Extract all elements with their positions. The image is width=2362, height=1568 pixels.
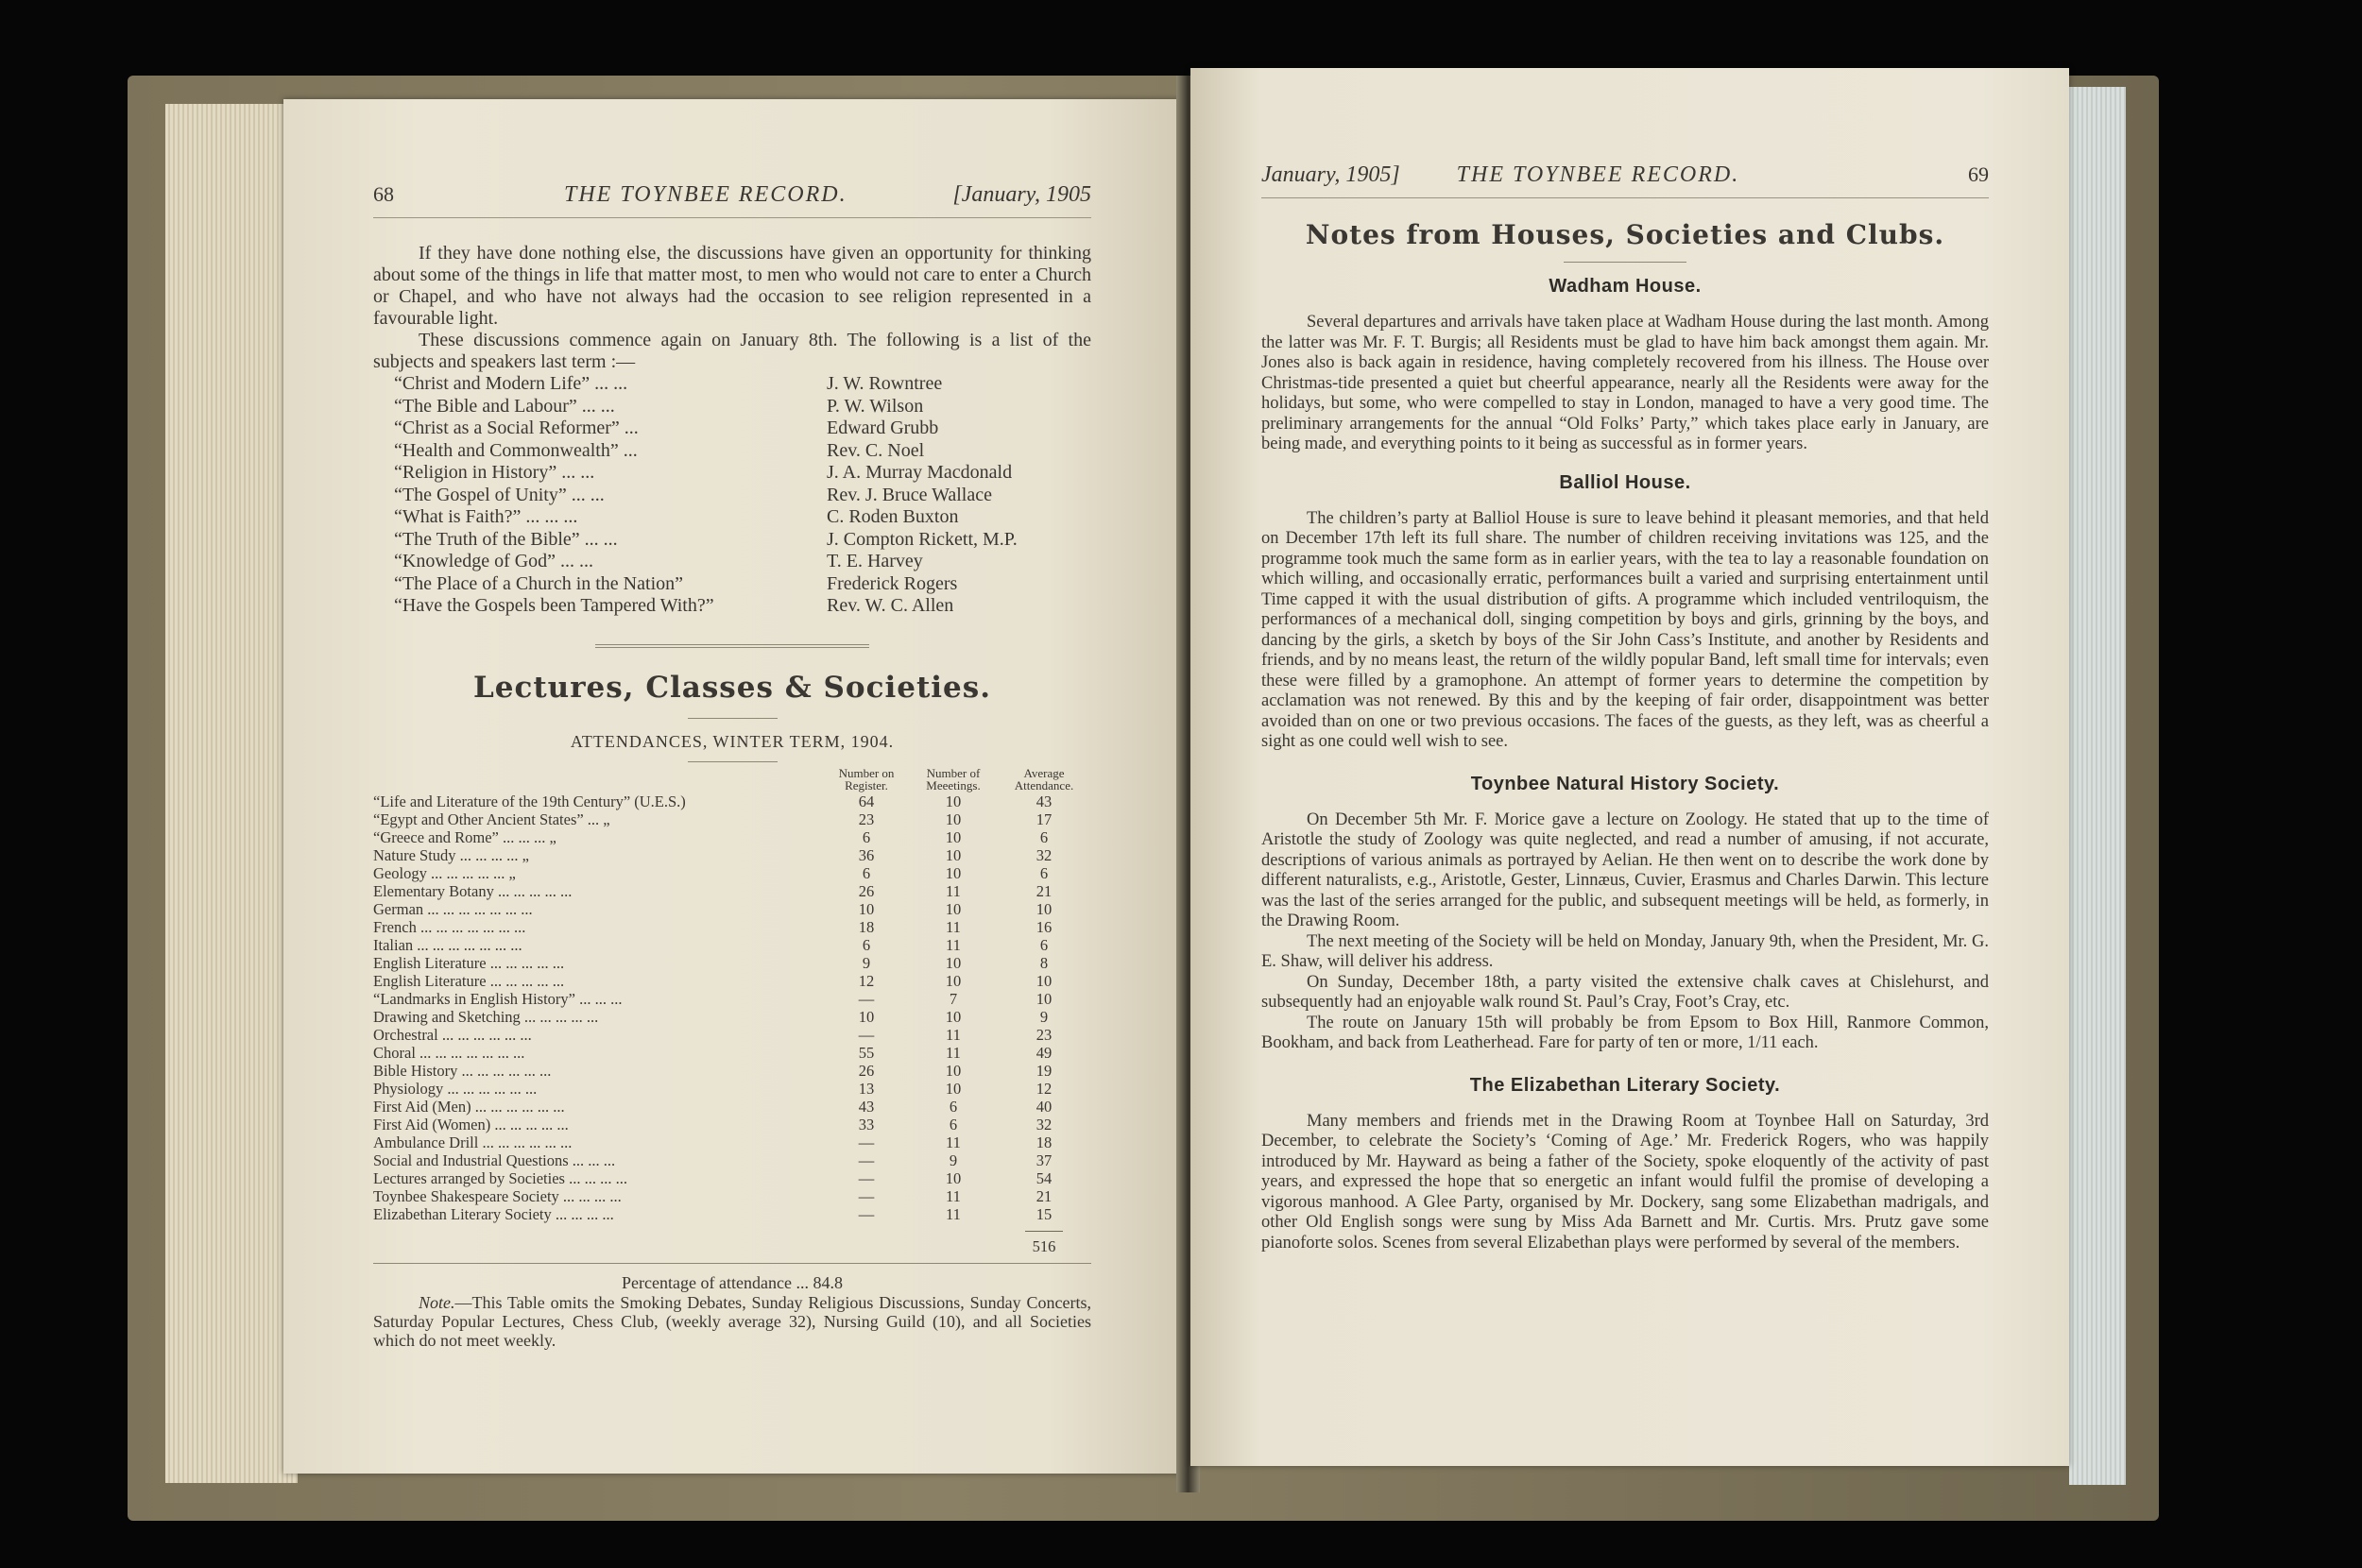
running-date: January, 1905] [1261,162,1400,188]
running-header: January, 1905] THE TOYNBEE RECORD. 69 [1261,162,1989,198]
paragraph: The route on January 15th will probably … [1261,1014,1989,1054]
right-page-content: January, 1905] THE TOYNBEE RECORD. 69 No… [1261,162,1989,1253]
intro-text: If they have done nothing else, the disc… [373,243,1091,373]
table-row: Ambulance Drill ... ... ... ... ... ...—… [373,1133,1091,1151]
section-heading: The Elizabethan Literary Society. [1261,1075,1989,1097]
table-row: English Literature ... ... ... ... ...12… [373,972,1091,990]
table-row: Drawing and Sketching ... ... ... ... ..… [373,1008,1091,1026]
paragraph: These discussions commence again on Janu… [373,330,1091,373]
paragraph: The next meeting of the Society will be … [1261,932,1989,973]
table-row: First Aid (Women) ... ... ... ... ...336… [373,1116,1091,1133]
table-row: Social and Industrial Questions ... ... … [373,1151,1091,1169]
table-row: Lectures arranged by Societies ... ... .… [373,1169,1091,1187]
section-elizabethan-literary-society: The Elizabethan Literary Society. Many m… [1261,1075,1989,1254]
paragraph: Many members and friends met in the Draw… [1261,1112,1989,1254]
paragraph: The children’s party at Balliol House is… [1261,509,1989,753]
column-header-meetings: Number ofMeeetings. [910,766,997,793]
paragraph: On December 5th Mr. F. Morice gave a lec… [1261,810,1989,932]
table-row: Elizabethan Literary Society ... ... ...… [373,1205,1091,1223]
list-item: “The Truth of the Bible” ... ...J. Compt… [373,529,1091,552]
table-row: French ... ... ... ... ... ... ...181116 [373,918,1091,936]
paragraph: Several departures and arrivals have tak… [1261,313,1989,455]
table-row: First Aid (Men) ... ... ... ... ... ...4… [373,1098,1091,1116]
running-header: 68 THE TOYNBEE RECORD. [January, 1905 [373,182,1091,218]
table-row: Geology ... ... ... ... ... „6106 [373,864,1091,882]
section-heading: Wadham House. [1261,276,1989,298]
table-row: Bible History ... ... ... ... ... ...261… [373,1062,1091,1080]
table-note: Note.—This Table omits the Smoking Debat… [373,1293,1091,1350]
column-header-attendance: AverageAttendance. [997,766,1091,793]
page-number: 69 [1968,162,1989,187]
table-row: Toynbee Shakespeare Society ... ... ... … [373,1187,1091,1205]
list-item: “Health and Commonwealth” ...Rev. C. Noe… [373,440,1091,463]
left-page-content: 68 THE TOYNBEE RECORD. [January, 1905 If… [373,182,1091,1350]
list-item: “Knowledge of God” ... ...T. E. Harvey [373,551,1091,573]
section-wadham-house: Wadham House. Several departures and arr… [1261,276,1989,455]
divider [1564,262,1686,263]
divider [595,644,869,645]
table-total-row: 516 [373,1223,1091,1255]
running-date: [January, 1905 [952,182,1091,208]
left-page: 68 THE TOYNBEE RECORD. [January, 1905 If… [283,99,1181,1474]
divider [688,718,778,719]
list-item: “Christ and Modern Life” ... ...J. W. Ro… [373,373,1091,396]
column-header-register: Number onRegister. [823,766,910,793]
running-title: THE TOYNBEE RECORD. [564,182,847,208]
section-heading: Balliol House. [1261,472,1989,494]
list-item: “Religion in History” ... ...J. A. Murra… [373,462,1091,485]
section-heading: Toynbee Natural History Society. [1261,774,1989,795]
section-heading: Lectures, Classes & Societies. [373,671,1091,705]
discussion-list: “Christ and Modern Life” ... ...J. W. Ro… [373,373,1091,618]
list-item: “Have the Gospels been Tampered With?”Re… [373,595,1091,618]
divider [688,761,778,762]
paragraph: If they have done nothing else, the disc… [373,243,1091,330]
table-row: “Greece and Rome” ... ... ... „6106 [373,828,1091,846]
percentage-line: Percentage of attendance ... 84.8 [373,1273,1091,1293]
table-header-row: Number onRegister. Number ofMeeetings. A… [373,766,1091,793]
table-row: Orchestral ... ... ... ... ... ...—1123 [373,1026,1091,1044]
main-heading: Notes from Houses, Societies and Clubs. [1261,219,1989,250]
table-row: Physiology ... ... ... ... ... ...131012 [373,1080,1091,1098]
list-item: “The Bible and Labour” ... ...P. W. Wils… [373,396,1091,418]
page-number: 68 [373,182,394,207]
right-page: January, 1905] THE TOYNBEE RECORD. 69 No… [1190,68,2069,1466]
paragraph: On Sunday, December 18th, a party visite… [1261,973,1989,1014]
page-edges-left [165,104,298,1483]
table-row: Elementary Botany ... ... ... ... ...261… [373,882,1091,900]
page-edges-right [2069,87,2126,1485]
list-item: “What is Faith?” ... ... ...C. Roden Bux… [373,506,1091,529]
list-item: “Christ as a Social Reformer” ...Edward … [373,418,1091,440]
table-row: “Landmarks in English History” ... ... .… [373,990,1091,1008]
section-balliol-house: Balliol House. The children’s party at B… [1261,472,1989,753]
table-row: “Life and Literature of the 19th Century… [373,793,1091,810]
divider [595,647,869,648]
section-natural-history-society: Toynbee Natural History Society. On Dece… [1261,774,1989,1054]
table-row: “Egypt and Other Ancient States” ... „23… [373,810,1091,828]
table-total: 516 [1033,1237,1056,1255]
table-row: Choral ... ... ... ... ... ... ...551149 [373,1044,1091,1062]
list-item: “The Gospel of Unity” ... ...Rev. J. Bru… [373,485,1091,507]
table-row: English Literature ... ... ... ... ...91… [373,954,1091,972]
running-title: THE TOYNBEE RECORD. [1457,162,1740,188]
attendance-table: Number onRegister. Number ofMeeetings. A… [373,766,1091,1255]
table-row: Italian ... ... ... ... ... ... ...6116 [373,936,1091,954]
table-row: Nature Study ... ... ... ... „361032 [373,846,1091,864]
table-row: German ... ... ... ... ... ... ...101010 [373,900,1091,918]
table-title: ATTENDANCES, WINTER TERM, 1904. [373,732,1091,752]
divider [373,1263,1091,1264]
list-item: “The Place of a Church in the Nation”Fre… [373,573,1091,596]
